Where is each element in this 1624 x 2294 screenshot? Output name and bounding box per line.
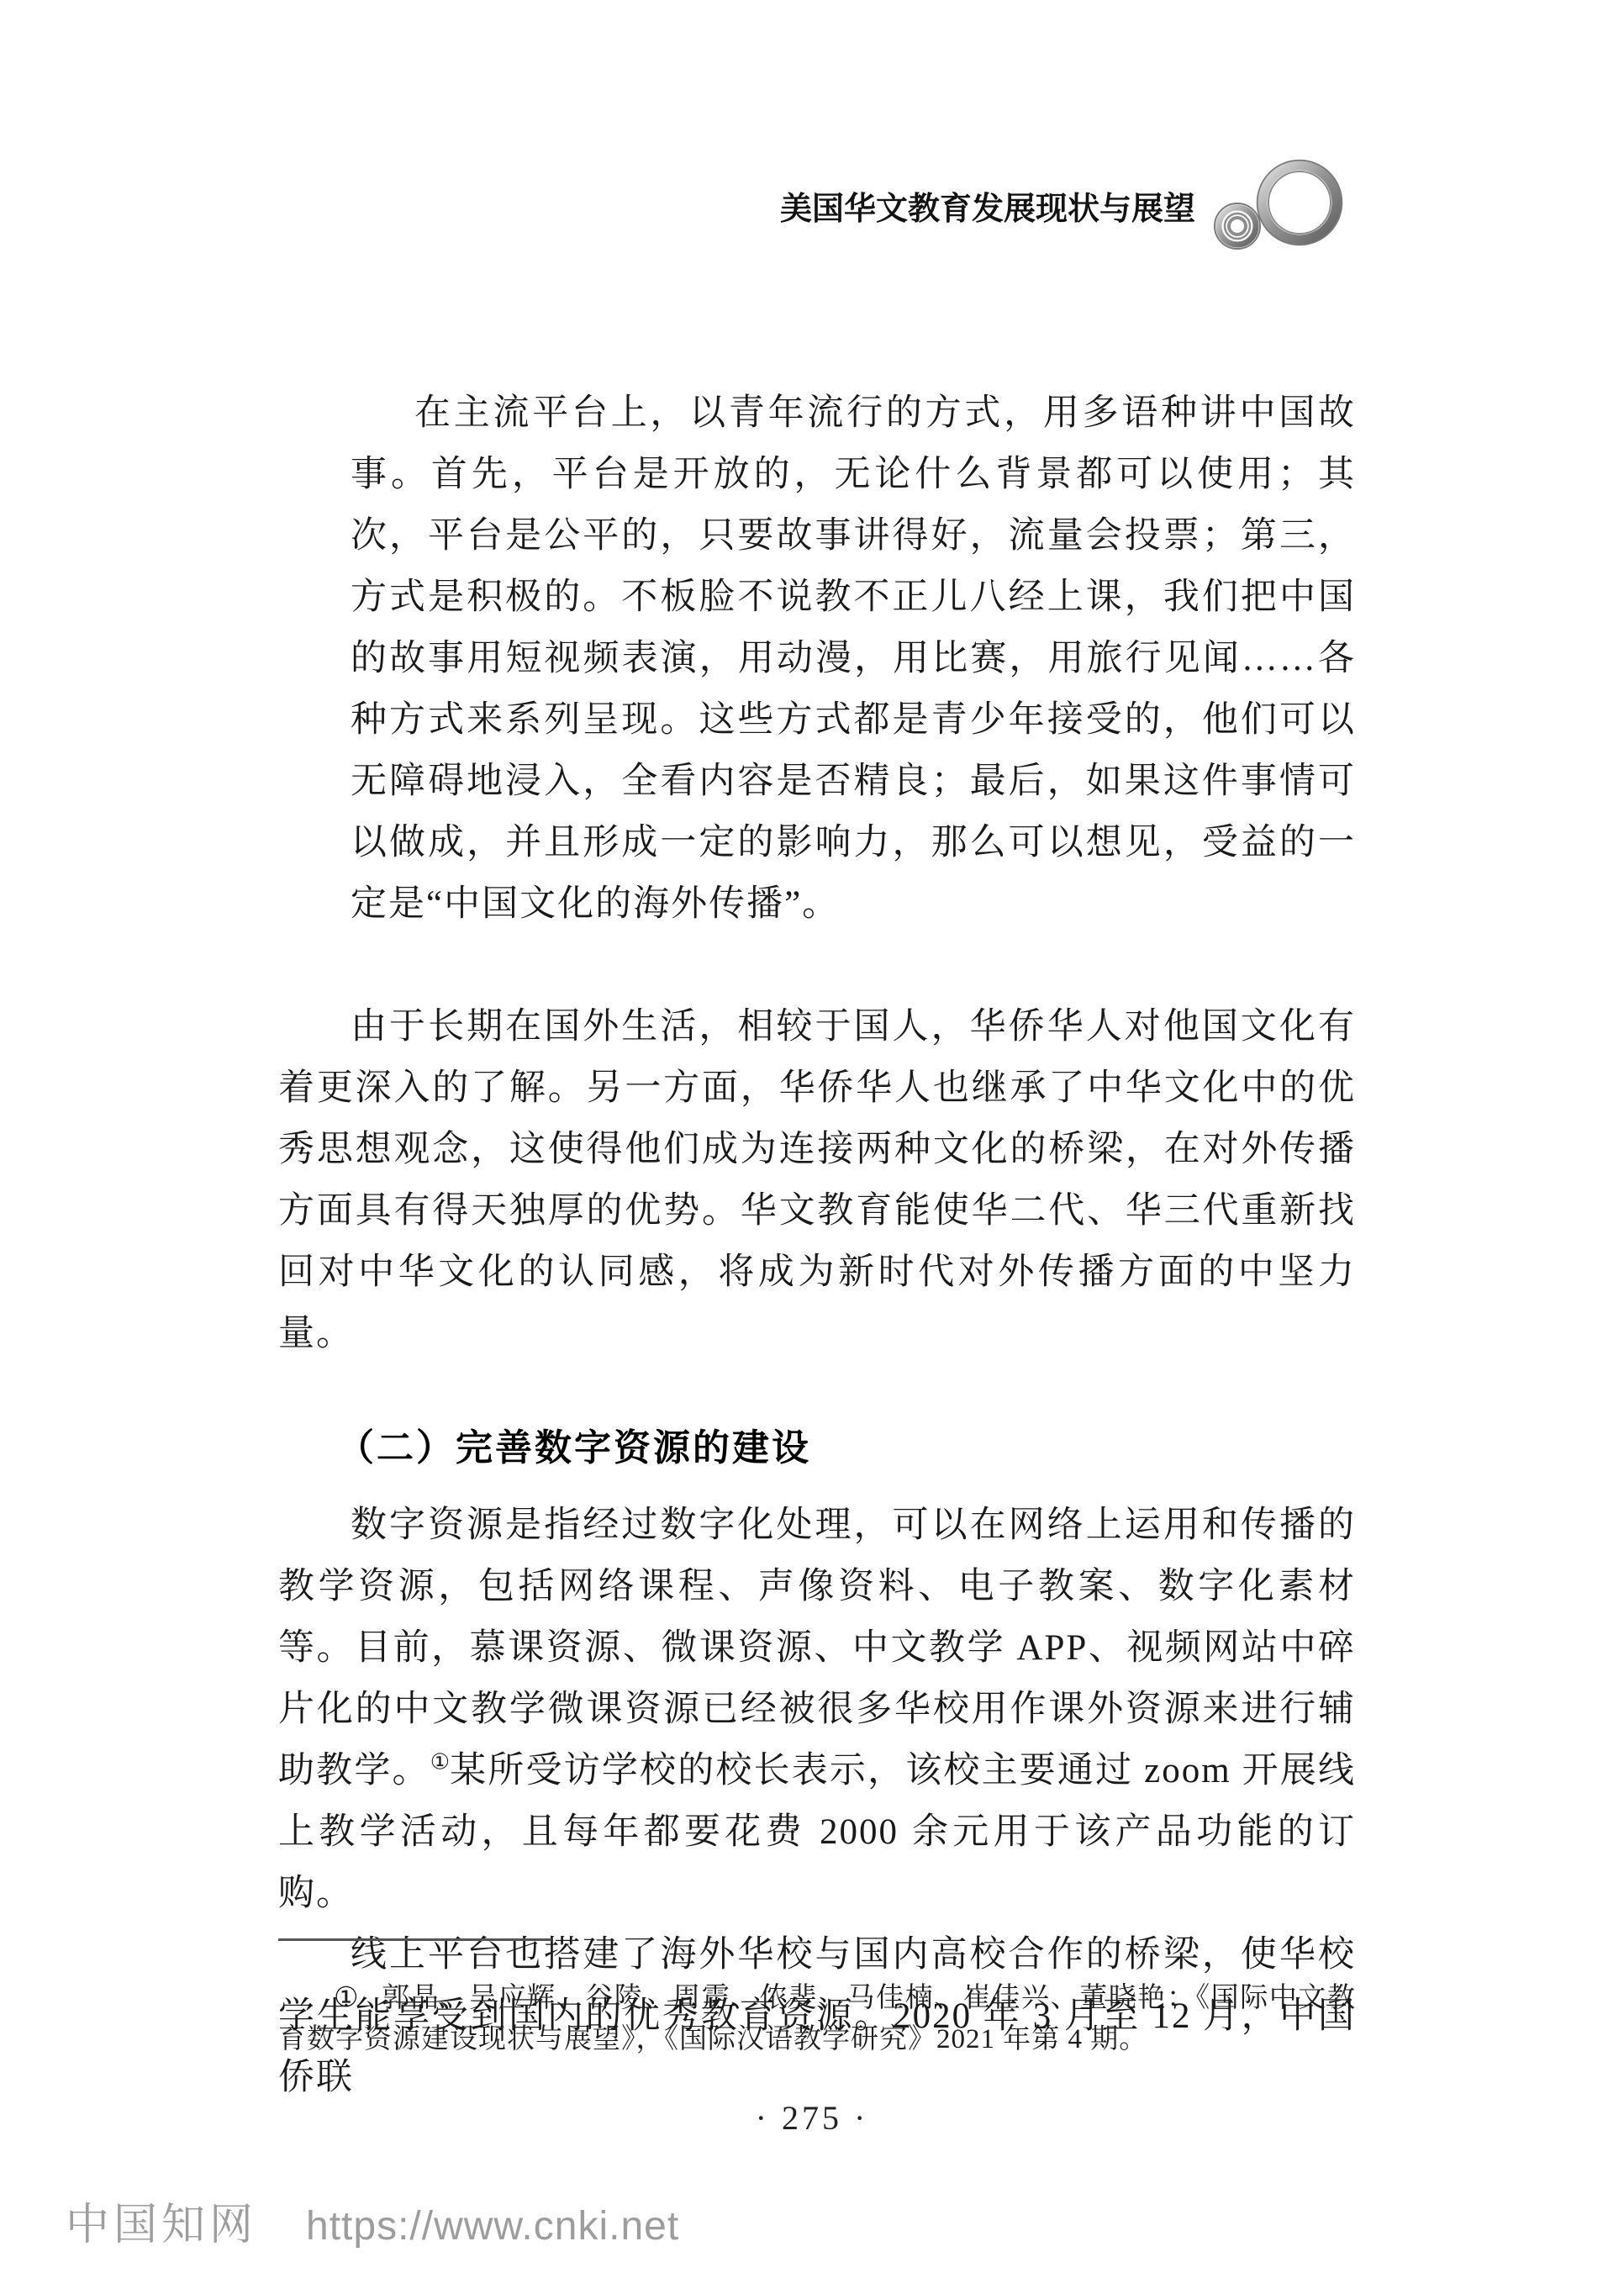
small-ring [1215,203,1260,249]
double-rings-icon [1207,154,1347,256]
page-body: 在主流平台上，以青年流行的方式，用多语种讲中国故事。首先，平台是开放的，无论什么… [278,382,1356,2108]
running-head-title: 美国华文教育发展现状与展望 [780,182,1195,229]
cnki-url: https://www.cnki.net [306,2203,679,2249]
footnote-ref-mark: ① [334,1983,360,2013]
body-paragraph-2: 由于长期在国外生活，相较于国人，华侨华人对他国文化有着更深入的了解。另一方面，华… [278,996,1356,1364]
page-header: 美国华文教育发展现状与展望 [780,154,1347,256]
footnote-ref-superscript: ① [430,1750,450,1775]
footnote-text: 郭晶、吴应辉、谷陵、周雳、侬斐、马佳楠、崔佳兴、董晓艳：《国际中文教育数字资源建… [278,1983,1356,2054]
section-heading: （二）完善数字资源的建设 [278,1424,1356,1473]
cnki-brand: 中国知网 [66,2189,257,2252]
document-page: { "header": { "title": "美国华文教育发展现状与展望" }… [0,0,1624,2294]
page-number: · 275 · [0,2098,1624,2138]
footnote: ①郭晶、吴应辉、谷陵、周雳、侬斐、马佳楠、崔佳兴、董晓艳：《国际中文教育数字资源… [278,1978,1356,2060]
body-paragraph-3: 数字资源是指经过数字化处理，可以在网络上运用和传播的教学资源，包括网络课程、声像… [278,1495,1356,1924]
site-footer: 中国知网 https://www.cnki.net [66,2189,679,2252]
footnote-area: ①郭晶、吴应辉、谷陵、周雳、侬斐、马佳楠、崔佳兴、董晓艳：《国际中文教育数字资源… [278,1938,1356,2060]
quote-paragraph: 在主流平台上，以青年流行的方式，用多语种讲中国故事。首先，平台是开放的，无论什么… [351,382,1356,935]
large-ring [1258,161,1342,245]
paragraph-3-text-continued: 某所受访学校的校长表示，该校主要通过 zoom 开展线上教学活动，且每年都要花费… [278,1751,1356,1913]
footnote-separator [278,1938,551,1941]
paragraph-3-text: 数字资源是指经过数字化处理，可以在网络上运用和传播的教学资源，包括网络课程、声像… [278,1506,1356,1790]
